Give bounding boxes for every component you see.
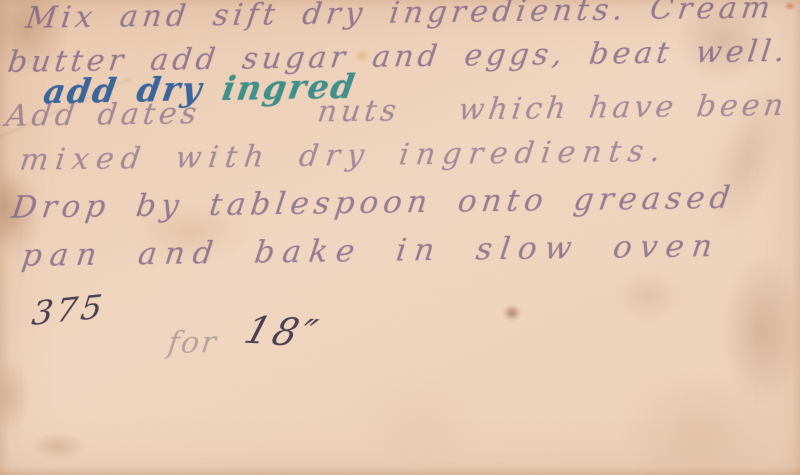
- annotation-blue-text: add dry: [41, 69, 226, 111]
- handwritten-line-6: pan and bake in slow oven: [20, 228, 723, 274]
- stain-center-dot: [500, 302, 524, 324]
- handwritten-line-1: Mix and sift dry ingredients. Cream: [24, 0, 777, 36]
- for-word: for: [166, 325, 220, 361]
- recipe-card: Mix and sift dry ingredients. Cream butt…: [0, 0, 800, 475]
- bake-time: 18″: [239, 308, 326, 356]
- handwritten-line-4: mixed with dry ingredients.: [18, 134, 669, 178]
- stain-corner-red-spot: [782, 0, 798, 12]
- handwritten-line-5: Drop by tablespoon onto greased: [10, 180, 737, 226]
- annotation-teal-text: ingred: [220, 67, 360, 108]
- blue-ink-annotation: add dry ingred: [41, 67, 359, 111]
- oven-temperature: 375: [30, 287, 107, 333]
